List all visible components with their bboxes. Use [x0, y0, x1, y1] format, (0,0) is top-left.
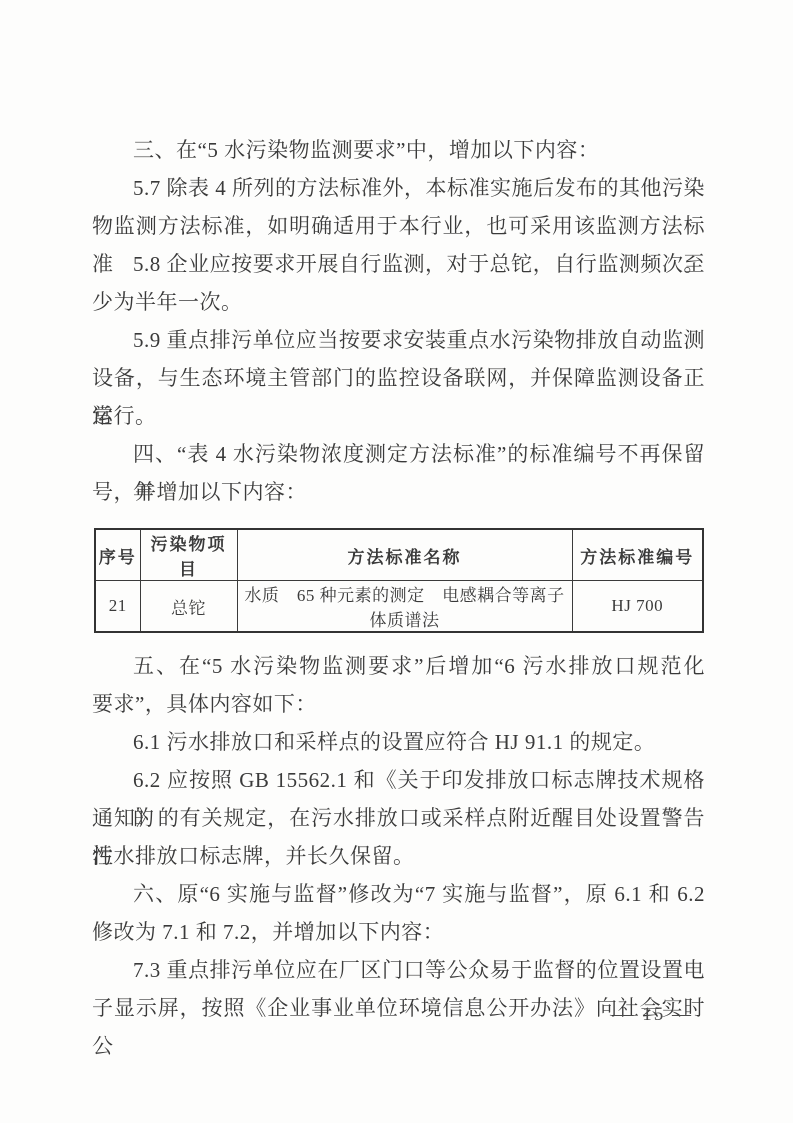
cell-pollutant-item: 总铊 [140, 581, 237, 633]
header-method-code: 方法标准编号 [572, 529, 703, 581]
cell-method-name: 水质 65 种元素的测定 电感耦合等离子体质谱法 [237, 581, 572, 633]
body-line: 污水排放口标志牌，并长久保留。 [92, 837, 705, 875]
cell-method-code: HJ 700 [572, 581, 703, 633]
body-line: 7.3 重点排污单位应在厂区门口等公众易于监督的位置设置电 [92, 951, 705, 989]
body-line: 6.2 应按照 GB 15562.1 和《关于印发排放口标志牌技术规格的 [92, 761, 705, 799]
method-standards-table: 序号 污染物项目 方法标准名称 方法标准编号 21 总铊 水质 65 种元素的测… [94, 528, 704, 633]
body-line: 运行。 [92, 397, 705, 435]
document-page: 三、在“5 水污染物监测要求”中，增加以下内容： 5.7 除表 4 所列的方法标… [0, 0, 793, 1123]
body-line: 要求”，具体内容如下： [92, 685, 705, 723]
body-line: 5.9 重点排污单位应当按要求安装重点水污染物排放自动监测 [92, 321, 705, 359]
page-number: — 15 — [615, 1001, 694, 1029]
body-line: 三、在“5 水污染物监测要求”中，增加以下内容： [92, 131, 705, 169]
body-line: 修改为 7.1 和 7.2，并增加以下内容： [92, 913, 705, 951]
body-line: 五、在“5 水污染物监测要求”后增加“6 污水排放口规范化 [92, 647, 705, 685]
table-row: 21 总铊 水质 65 种元素的测定 电感耦合等离子体质谱法 HJ 700 [95, 581, 703, 633]
body-line: 通知》的有关规定，在污水排放口或采样点附近醒目处设置警告性 [92, 799, 705, 837]
body-line: 5.8 企业应按要求开展自行监测，对于总铊，自行监测频次至 [92, 245, 705, 283]
header-method-name: 方法标准名称 [237, 529, 572, 581]
document-body: 三、在“5 水污染物监测要求”中，增加以下内容： 5.7 除表 4 所列的方法标… [92, 131, 705, 1027]
header-pollutant-item: 污染物项目 [140, 529, 237, 581]
body-line: 号，并增加以下内容： [92, 473, 705, 511]
header-serial-number: 序号 [95, 529, 140, 581]
body-line: 六、原“6 实施与监督”修改为“7 实施与监督”，原 6.1 和 6.2 [92, 875, 705, 913]
body-line: 6.1 污水排放口和采样点的设置应符合 HJ 91.1 的规定。 [92, 723, 705, 761]
table-header-row: 序号 污染物项目 方法标准名称 方法标准编号 [95, 529, 703, 581]
body-line: 5.7 除表 4 所列的方法标准外，本标准实施后发布的其他污染 [92, 169, 705, 207]
cell-serial-number: 21 [95, 581, 140, 633]
body-line: 物监测方法标准，如明确适用于本行业，也可采用该监测方法标准。 [92, 207, 705, 245]
body-line: 设备，与生态环境主管部门的监控设备联网，并保障监测设备正常 [92, 359, 705, 397]
body-line: 四、“表 4 水污染物浓度测定方法标准”的标准编号不再保留年 [92, 435, 705, 473]
body-line: 子显示屏，按照《企业事业单位环境信息公开办法》向社会实时公 [92, 989, 705, 1027]
body-line: 少为半年一次。 [92, 283, 705, 321]
